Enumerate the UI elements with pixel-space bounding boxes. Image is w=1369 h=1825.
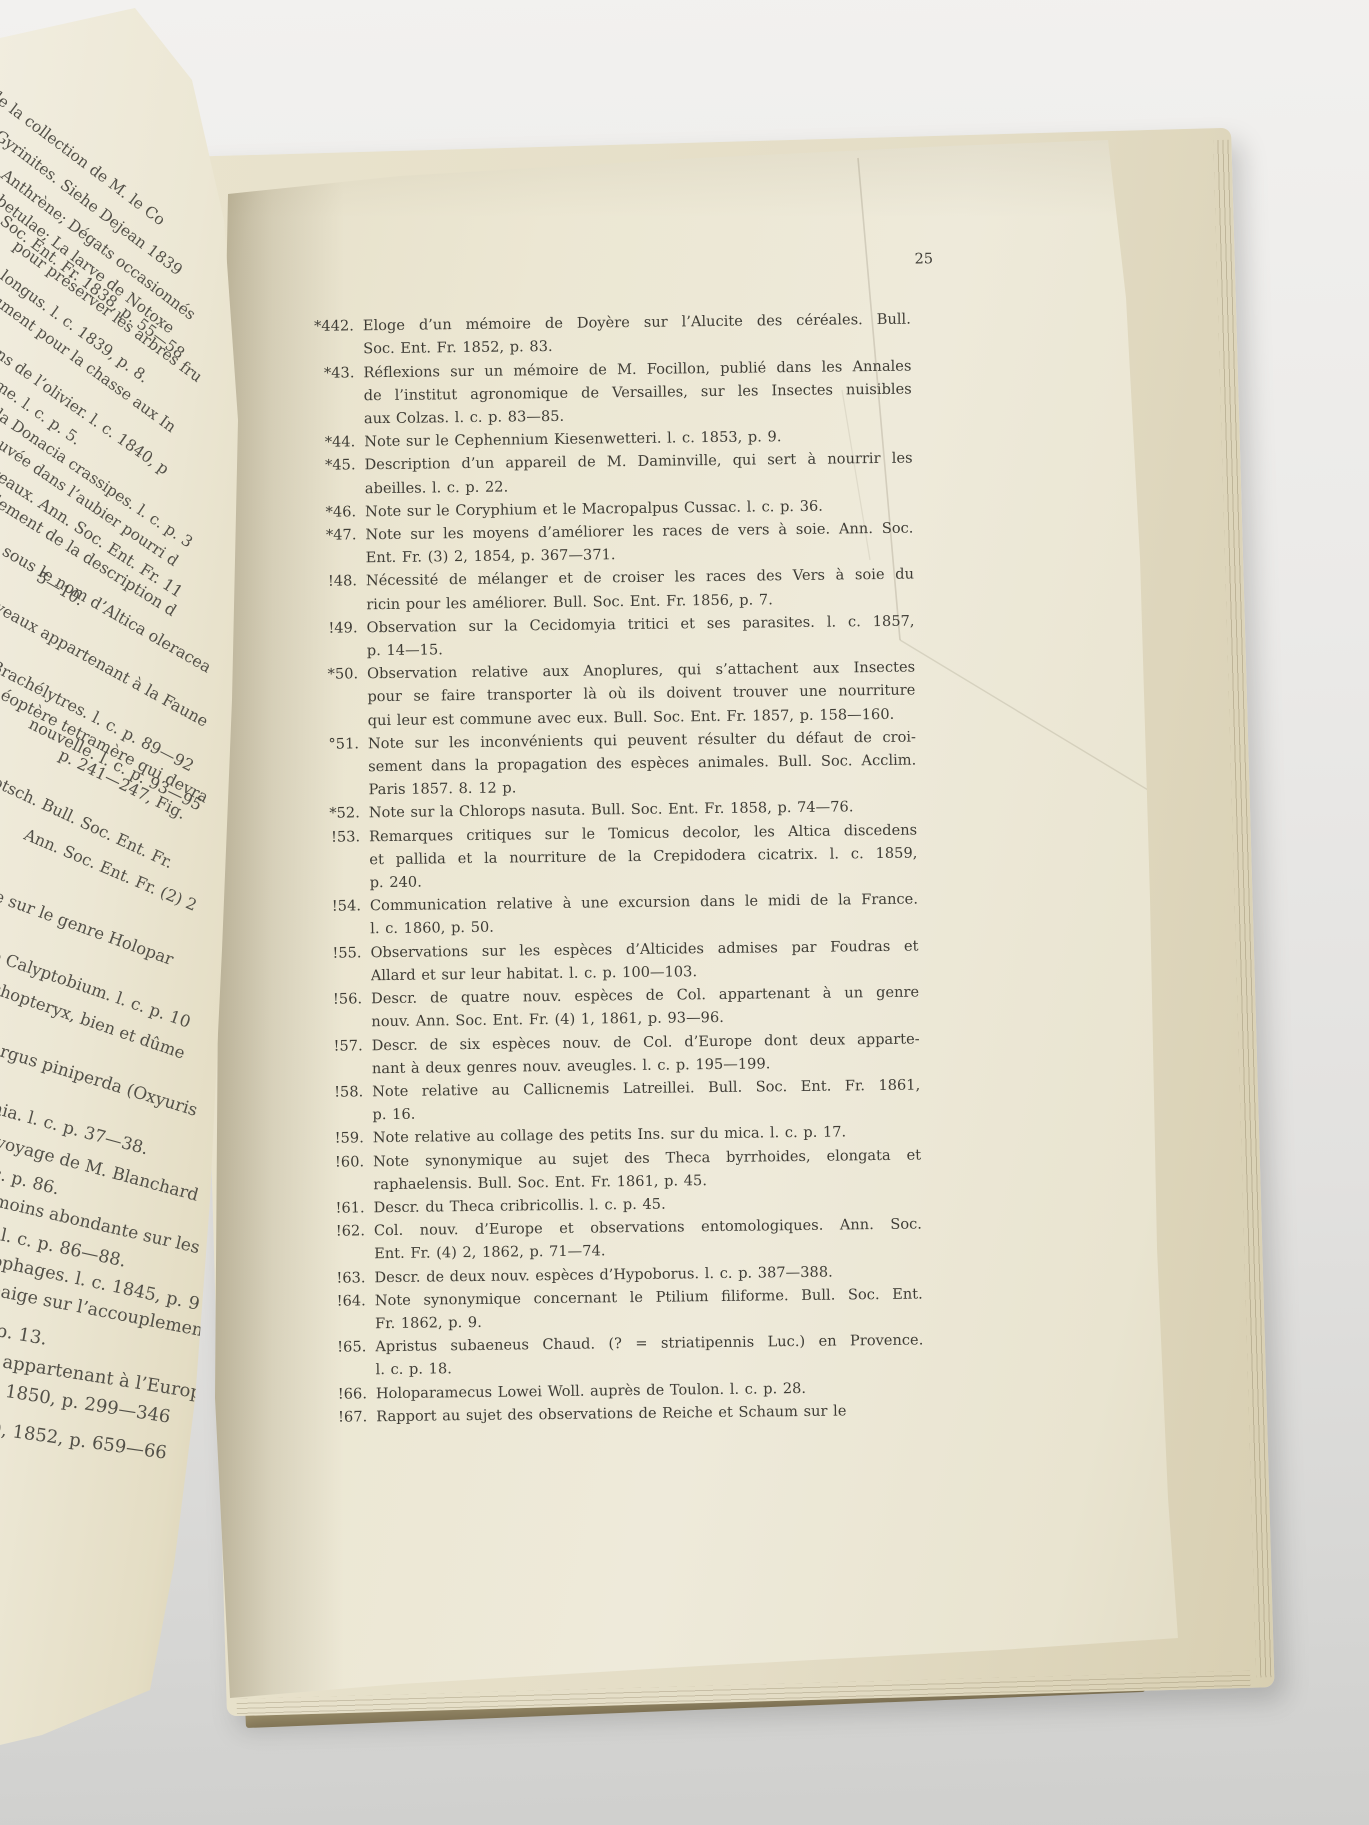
entry: *45.Description d’un appareil de M. Dami… [305, 447, 946, 501]
entry-marker: !64. [316, 1289, 366, 1313]
right-page: 25 *442.Eloge d’un mémoire de Doyère sur… [190, 128, 1190, 1713]
entry-marker: !65. [316, 1335, 366, 1359]
entry: !56.Descr. de quatre nouv. espèces de Co… [312, 980, 953, 1034]
entry: !49.Observation sur la Cecidomyia tritic… [307, 609, 948, 663]
photo-background: 25 *442.Eloge d’un mémoire de Doyère sur… [0, 0, 1369, 1825]
entry-text: Observation sur la Cecidomyia tritici et… [366, 609, 915, 662]
entry-marker: *46. [306, 500, 356, 524]
entry-text: Note synonymique concernant le Ptilium f… [375, 1282, 924, 1335]
entry: !54.Communication relative à une excursi… [311, 887, 952, 941]
entry: !55.Observations sur les espèces d’Altic… [311, 934, 952, 988]
entry: !53.Remarques critiques sur le Tomicus d… [310, 818, 951, 895]
entry-marker: !55. [311, 941, 361, 965]
entry-marker: *43. [304, 361, 354, 385]
entry-marker: *52. [310, 802, 360, 826]
entry: *50.Observation relative aux Anoplures, … [308, 655, 949, 732]
entry-marker: !57. [313, 1034, 363, 1058]
entry: !64.Note synonymique concernant le Ptili… [316, 1282, 957, 1336]
entry-text: Description d’un appareil de M. Daminvil… [364, 447, 913, 500]
entry-marker: *44. [305, 431, 355, 455]
entry-text: Note sur les inconvénients qui peuvent r… [368, 725, 917, 801]
entry-marker: °51. [309, 732, 359, 756]
entry-marker: *442. [304, 315, 354, 339]
entry-marker: !61. [314, 1196, 364, 1220]
entry: *47.Note sur les moyens d’améliorer les … [306, 516, 947, 570]
entry-marker: *45. [305, 454, 355, 478]
entry-marker: !60. [314, 1150, 364, 1174]
entry-marker: *50. [308, 663, 358, 687]
entry-text: Descr. de quatre nouv. espèces de Col. a… [371, 981, 920, 1034]
page-text: 25 *442.Eloge d’un mémoire de Doyère sur… [303, 248, 957, 1429]
left-page-fragment: 0, 1852, p. 659—66 [0, 1418, 168, 1464]
entry: !58.Note relative au Callicnemis Latreil… [313, 1073, 954, 1127]
entry-marker: !54. [311, 895, 361, 919]
entry-text: Descr. de six espèces nouv. de Col. d’Eu… [372, 1027, 921, 1080]
entry-text: Col. nouv. d’Europe et observations ento… [374, 1213, 923, 1266]
entry-text: Note relative au Callicnemis Latreillei.… [372, 1073, 921, 1126]
entry: !57.Descr. de six espèces nouv. de Col. … [313, 1027, 954, 1081]
entry-marker: !63. [315, 1266, 365, 1290]
entry-text: Communication relative à une excursion d… [370, 888, 919, 941]
entry-marker: !53. [310, 825, 360, 849]
entry-text: Remarques critiques sur le Tomicus decol… [369, 818, 918, 894]
left-page-fragment: p. 13. [0, 1320, 49, 1350]
entry: !60.Note synonymique au sujet des Theca … [314, 1143, 955, 1197]
entry: !65.Apristus subaeneus Chaud. (? = stria… [316, 1328, 957, 1382]
entry-text: Eloge d’un mémoire de Doyère sur l’Aluci… [363, 308, 912, 361]
entry-text: Nécessité de mélanger et de croiser les … [366, 563, 915, 616]
entry-text: Observations sur les espèces d’Alticides… [370, 934, 919, 987]
entry: °51.Note sur les inconvénients qui peuve… [309, 725, 950, 802]
entry-text: Note sur les moyens d’améliorer les race… [365, 517, 914, 570]
entry: *442.Eloge d’un mémoire de Doyère sur l’… [304, 307, 945, 361]
entry-marker: !62. [315, 1219, 365, 1243]
entry-text: Note synonymique au sujet des Theca byrr… [373, 1143, 922, 1196]
entry-marker: !56. [312, 987, 362, 1011]
entry-marker: !58. [313, 1080, 363, 1104]
entry: *43.Réflexions sur un mémoire de M. Foci… [304, 354, 945, 431]
entry-text: Observation relative aux Anoplures, qui … [367, 656, 916, 732]
entry: !48.Nécessité de mélanger et de croiser … [307, 563, 948, 617]
entry-marker: !48. [307, 570, 357, 594]
entry-text: Réflexions sur un mémoire de M. Focillon… [363, 354, 912, 430]
entry-text: Apristus subaeneus Chaud. (? = striatipe… [375, 1329, 924, 1382]
entry: !62.Col. nouv. d’Europe et observations … [315, 1212, 956, 1266]
entry-marker: *47. [306, 523, 356, 547]
entry-marker: !67. [317, 1405, 367, 1429]
entry-marker: !59. [314, 1127, 364, 1151]
bibliography-list: *442.Eloge d’un mémoire de Doyère sur l’… [304, 307, 958, 1428]
entry-marker: !66. [317, 1382, 367, 1406]
entry-marker: !49. [307, 616, 357, 640]
